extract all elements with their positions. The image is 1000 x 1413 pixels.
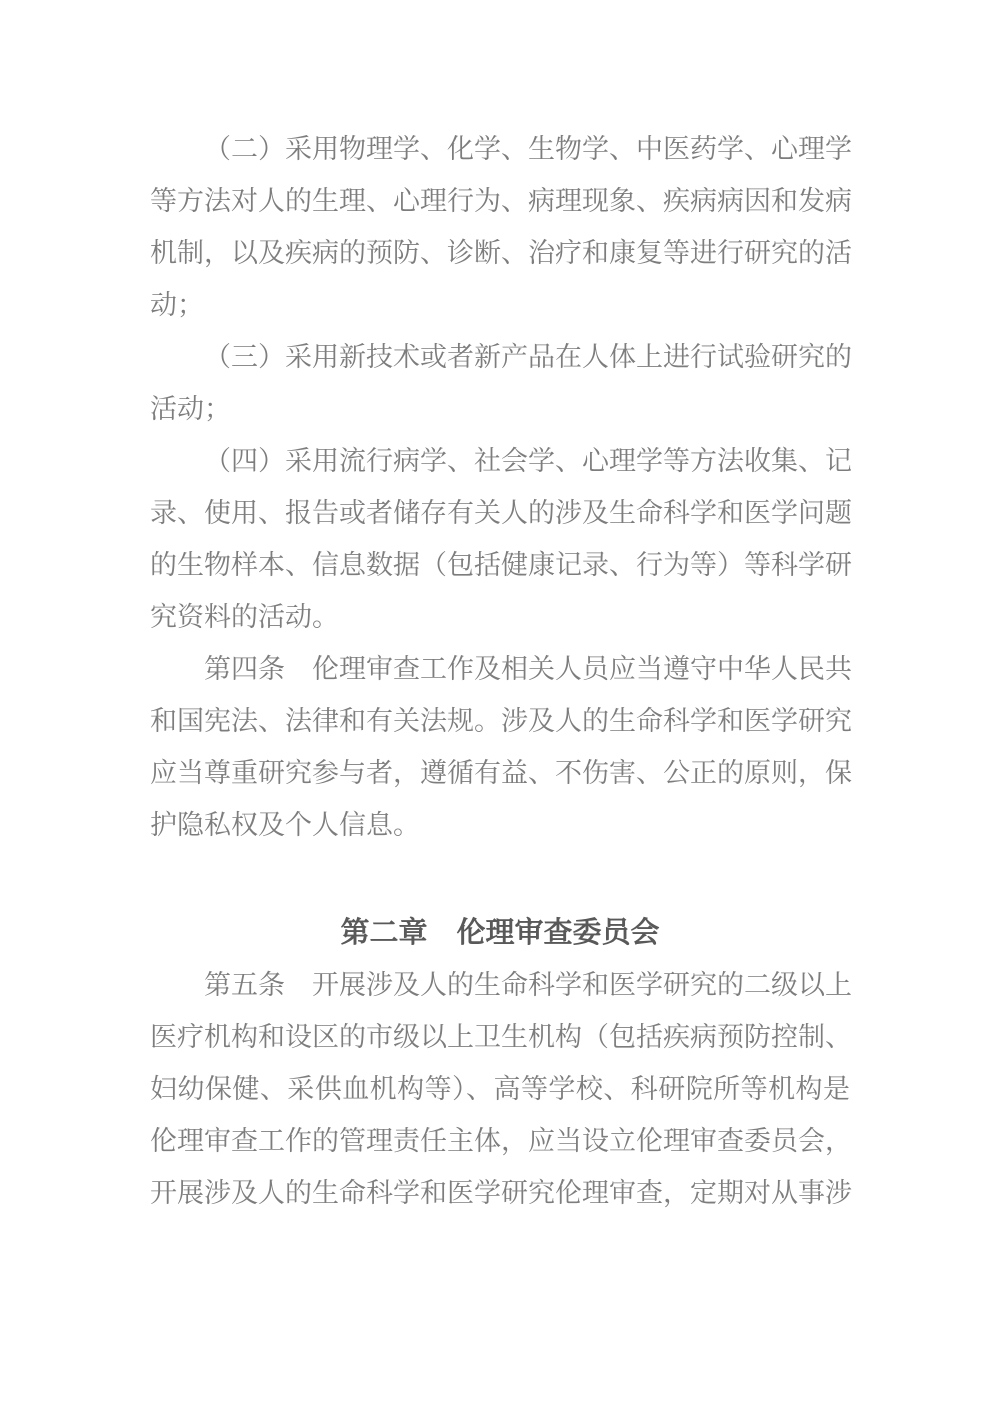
text-line: 等方法对人的生理、心理行为、病理现象、疾病病因和发病 [150,175,850,227]
text-line: 录、使用、报告或者储存有关人的涉及生命科学和医学问题 [150,487,850,539]
document-content: （二）采用物理学、化学、生物学、中医药学、心理学 等方法对人的生理、心理行为、病… [150,123,850,1219]
paragraph-clause-3: （三）采用新技术或者新产品在人体上进行试验研究的 活动； [150,331,850,435]
paragraph-clause-2: （二）采用物理学、化学、生物学、中医药学、心理学 等方法对人的生理、心理行为、病… [150,123,850,331]
text-line: （四）采用流行病学、社会学、心理学等方法收集、记 [150,435,850,487]
text-line: 第五条 开展涉及人的生命科学和医学研究的二级以上 [150,959,850,1011]
text-line: 医疗机构和设区的市级以上卫生机构（包括疾病预防控制、 [150,1011,850,1063]
text-line: 和国宪法、法律和有关法规。涉及人的生命科学和医学研究 [150,695,850,747]
paragraph-article-4: 第四条 伦理审查工作及相关人员应当遵守中华人民共 和国宪法、法律和有关法规。涉及… [150,643,850,851]
text-line: 活动； [150,383,850,435]
document-page: （二）采用物理学、化学、生物学、中医药学、心理学 等方法对人的生理、心理行为、病… [0,0,1000,1413]
text-line: （二）采用物理学、化学、生物学、中医药学、心理学 [150,123,850,175]
text-line: 应当尊重研究参与者，遵循有益、不伤害、公正的原则，保 [150,747,850,799]
text-line: 机制，以及疾病的预防、诊断、治疗和康复等进行研究的活 [150,227,850,279]
text-line: 伦理审查工作的管理责任主体，应当设立伦理审查委员会， [150,1115,850,1167]
text-line: （三）采用新技术或者新产品在人体上进行试验研究的 [150,331,850,383]
text-line: 动； [150,279,850,331]
chapter-heading: 第二章 伦理审查委员会 [150,907,850,959]
paragraph-clause-4: （四）采用流行病学、社会学、心理学等方法收集、记 录、使用、报告或者储存有关人的… [150,435,850,643]
text-line: 第四条 伦理审查工作及相关人员应当遵守中华人民共 [150,643,850,695]
text-line: 护隐私权及个人信息。 [150,799,850,851]
text-line: 妇幼保健、采供血机构等）、高等学校、科研院所等机构是 [150,1063,850,1115]
paragraph-article-5: 第五条 开展涉及人的生命科学和医学研究的二级以上 医疗机构和设区的市级以上卫生机… [150,959,850,1219]
text-line: 开展涉及人的生命科学和医学研究伦理审查，定期对从事涉 [150,1167,850,1219]
text-line: 究资料的活动。 [150,591,850,643]
text-line: 的生物样本、信息数据（包括健康记录、行为等）等科学研 [150,539,850,591]
